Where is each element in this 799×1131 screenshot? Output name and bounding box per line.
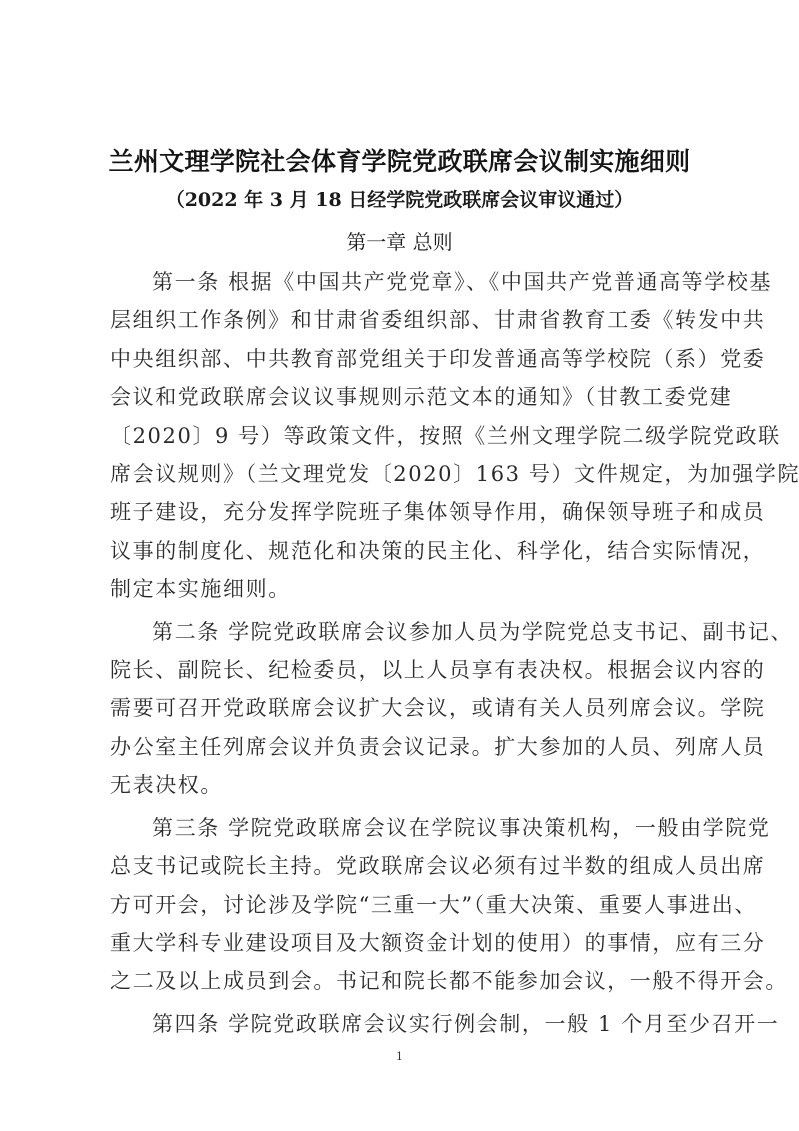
article-line: 第三条 学院党政联席会议在学院议事决策机构，一般由学院党 [110, 809, 694, 847]
article-line: 办公室主任列席会议并负责会议记录。扩大参加的人员、列席人员 [110, 728, 694, 766]
article-line: 议事的制度化、规范化和决策的民主化、科学化，结合实际情况， [110, 532, 694, 570]
article-line: 层组织工作条例》和甘肃省委组织部、甘肃省教育工委《转发中共 [110, 301, 694, 339]
article-line: 班子建设，充分发挥学院班子集体领导作用，确保领导班子和成员 [110, 493, 694, 531]
article-line: 无表决权。 [110, 766, 694, 804]
article-4: 第四条 学院党政联席会议实行例会制，一般 1 个月至少召开一 [110, 1005, 694, 1043]
article-line: 重大学科专业建设项目及大额资金计划的使用）的事情，应有三分 [110, 924, 694, 962]
document-title: 兰州文理学院社会体育学院党政联席会议制实施细则 [0, 143, 799, 181]
article-line: 需要可召开党政联席会议扩大会议，或请有关人员列席会议。学院 [110, 689, 694, 727]
article-line: 方可开会，讨论涉及学院“三重一大”（重大决策、重要人事进出、 [110, 886, 694, 924]
article-line: 第一条 根据《中国共产党党章》、《中国共产党普通高等学校基 [110, 263, 694, 301]
page-number: 1 [0, 1049, 799, 1065]
article-line: 第二条 学院党政联席会议参加人员为学院党总支书记、副书记、 [110, 613, 694, 651]
article-line: 制定本实施细则。 [110, 570, 694, 608]
document-body: 第一条 根据《中国共产党党章》、《中国共产党普通高等学校基 层组织工作条例》和甘… [110, 263, 694, 1047]
article-line: 中央组织部、中共教育部党组关于印发普通高等学校院（系）党委 [110, 340, 694, 378]
article-3: 第三条 学院党政联席会议在学院议事决策机构，一般由学院党 总支书记或院长主持。党… [110, 809, 694, 1001]
document-page: 兰州文理学院社会体育学院党政联席会议制实施细则 （2022 年 3 月 18 日… [0, 0, 799, 1131]
article-line: 席会议规则》（兰文理党发〔2020〕163 号）文件规定，为加强学院 [110, 455, 694, 493]
document-subtitle: （2022 年 3 月 18 日经学院党政联席会议审议通过） [0, 184, 799, 216]
chapter-heading: 第一章 总则 [0, 227, 799, 257]
article-line: 会议和党政联席会议议事规则示范文本的通知》（甘教工委党建 [110, 378, 694, 416]
article-line: 之二及以上成员到会。书记和院长都不能参加会议，一般不得开会。 [110, 962, 694, 1000]
article-line: 〔2020〕9 号）等政策文件，按照《兰州文理学院二级学院党政联 [110, 417, 694, 455]
article-line: 第四条 学院党政联席会议实行例会制，一般 1 个月至少召开一 [110, 1005, 694, 1043]
article-line: 院长、副院长、纪检委员，以上人员享有表决权。根据会议内容的 [110, 651, 694, 689]
article-1: 第一条 根据《中国共产党党章》、《中国共产党普通高等学校基 层组织工作条例》和甘… [110, 263, 694, 609]
article-2: 第二条 学院党政联席会议参加人员为学院党总支书记、副书记、 院长、副院长、纪检委… [110, 613, 694, 805]
article-line: 总支书记或院长主持。党政联席会议必须有过半数的组成人员出席 [110, 847, 694, 885]
